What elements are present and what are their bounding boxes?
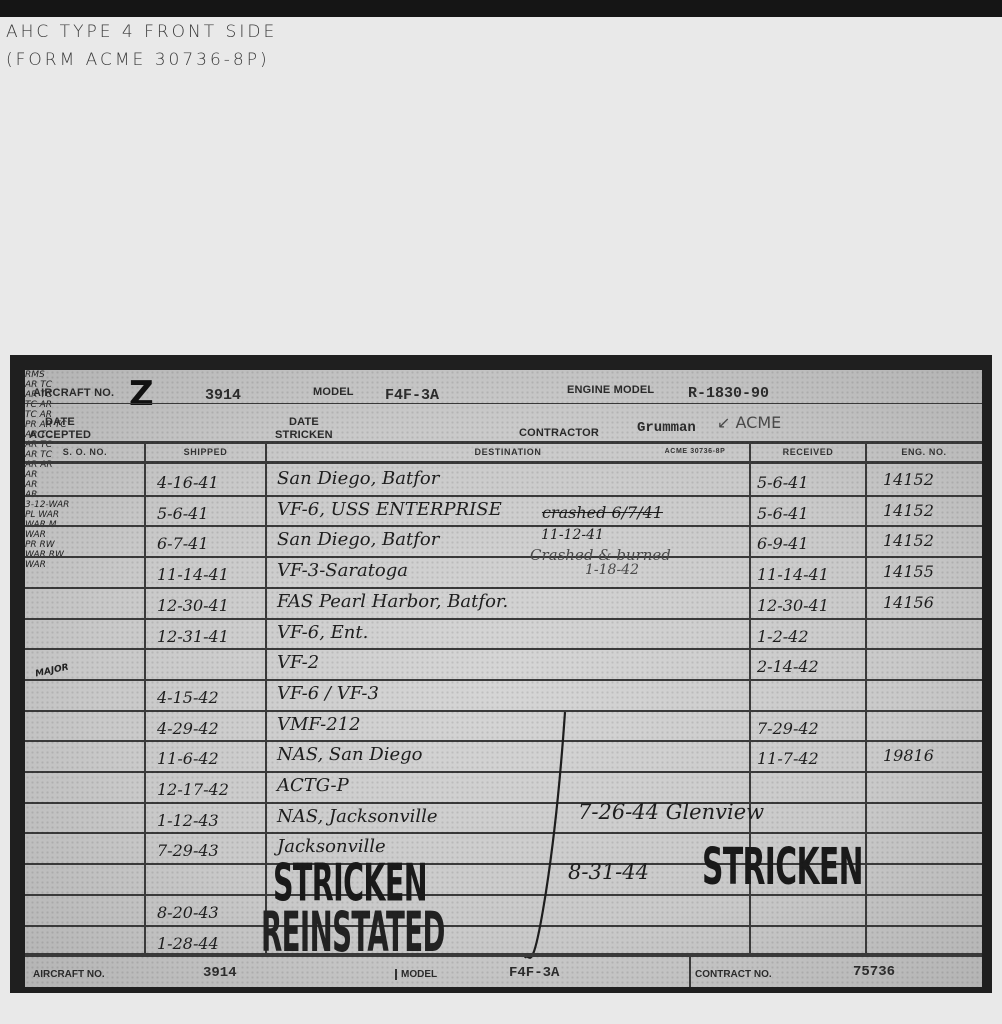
scan-note-line-2: (FORM ACME 30736-8P)	[6, 50, 270, 70]
eng-no: 14152	[883, 531, 934, 550]
scan-top-edge	[0, 0, 1002, 17]
received-date: 11-14-41	[757, 565, 829, 584]
aircraft-no-mark: Z	[129, 374, 154, 414]
col-header-so-no: S. O. NO.	[25, 447, 145, 459]
contractor-label: CONTRACTOR	[519, 427, 599, 439]
col-divider-2	[265, 441, 267, 957]
header-rule-3	[25, 461, 982, 464]
header-rule-1	[25, 403, 982, 404]
col-header-received: RECEIVED	[750, 447, 866, 459]
header-rule-2	[25, 441, 982, 444]
shipped-date: 12-30-41	[157, 596, 229, 615]
annotation-glenview: 7-26-44 Glenview	[578, 800, 764, 824]
destination: NAS, Jacksonville	[277, 806, 438, 827]
eng-no: 19816	[883, 746, 934, 765]
row-rule	[25, 771, 982, 773]
row-rule	[25, 802, 982, 804]
shipped-date: 4-29-42	[157, 719, 219, 738]
model-label: MODEL	[313, 386, 354, 398]
footer-contract-no-label: CONTRACT NO.	[695, 969, 772, 980]
date-accepted-label-2: ACCEPTED	[29, 429, 91, 441]
footer-model: F4F-3A	[509, 965, 559, 981]
row-rule	[25, 925, 982, 927]
shipped-date: 11-14-41	[157, 565, 229, 584]
date-stricken-label-1: DATE	[289, 416, 319, 428]
row-rule	[25, 556, 982, 558]
row-rule	[25, 740, 982, 742]
annotation-stricken-date: 8-31-44	[568, 860, 649, 884]
footer-contract-no: 75736	[853, 964, 895, 980]
model-value: F4F-3A	[385, 387, 439, 404]
shipped-date: 5-6-41	[157, 504, 209, 523]
eng-no: 14156	[883, 593, 934, 612]
col-divider-1	[144, 441, 146, 957]
row-rule	[25, 587, 982, 589]
annotation-date-1: 11-12-41	[541, 527, 604, 543]
destination: San Diego, Batfor	[277, 468, 439, 489]
row-rule	[25, 618, 982, 620]
received-date: 2-14-42	[757, 657, 819, 676]
col-divider-4	[865, 441, 867, 957]
col-header-eng-no: ENG. NO.	[866, 447, 982, 459]
footer-model-label: MODEL	[395, 969, 437, 980]
shipped-date: 6-7-41	[157, 534, 209, 553]
date-accepted-label-1: DATE	[45, 416, 75, 428]
received-date: 5-6-41	[757, 473, 809, 492]
received-date: 6-9-41	[757, 534, 809, 553]
aircraft-history-card: AIRCRAFT NO. Z 3914 MODEL F4F-3A ENGINE …	[25, 370, 982, 987]
col-header-form-code: ACME 30736-8P	[645, 448, 745, 460]
aircraft-no-label: AIRCRAFT NO.	[33, 387, 114, 399]
shipped-date: 1-12-43	[157, 811, 219, 830]
received-note: TC AR	[25, 400, 982, 410]
shipped-note: AR TC	[25, 430, 982, 440]
shipped-date: 4-16-41	[157, 473, 219, 492]
stamp-stricken-right: STRICKEN	[702, 842, 863, 892]
received-date: 12-30-41	[757, 596, 829, 615]
footer-aircraft-no: 3914	[203, 965, 237, 981]
shipped-note: TC AR	[25, 410, 982, 420]
destination: VMF-212	[277, 714, 361, 735]
scan-note-line-1: AHC TYPE 4 FRONT SIDE	[6, 22, 277, 42]
footer-rule	[25, 953, 982, 957]
eng-no: 14155	[883, 562, 934, 581]
shipped-note: RMS	[25, 370, 982, 380]
shipped-date: 11-6-42	[157, 749, 219, 768]
row-rule	[25, 525, 982, 527]
date-stricken-label-2: STRICKEN	[275, 429, 333, 441]
engine-model-value: R-1830-90	[688, 385, 769, 402]
shipped-note: AR TC	[25, 390, 982, 400]
annotation-crashed-1: crashed 6/7/41	[542, 503, 663, 522]
destination: San Diego, Batfor	[277, 529, 439, 550]
shipped-date: 4-15-42	[157, 688, 219, 707]
contractor-value: Grumman	[637, 420, 696, 436]
destination: VF-6, USS ENTERPRISE	[277, 499, 502, 520]
footer-aircraft-no-label: AIRCRAFT NO.	[33, 969, 105, 980]
shipped-date: 7-29-43	[157, 841, 219, 860]
destination: VF-3-Saratoga	[277, 560, 408, 581]
row-rule	[25, 832, 982, 834]
row-rule	[25, 710, 982, 712]
contractor-annotation: ↙ ACME	[717, 413, 781, 432]
destination: ACTG-P	[277, 775, 349, 796]
destination: VF-2	[277, 652, 319, 673]
col-header-shipped: SHIPPED	[145, 447, 266, 459]
received-date: 11-7-42	[757, 749, 819, 768]
aircraft-no-value: 3914	[205, 387, 241, 404]
received-note: AR TC	[25, 380, 982, 390]
eng-no: 14152	[883, 501, 934, 520]
annotation-date-2: 1-18-42	[585, 562, 639, 578]
shipped-date: 1-28-44	[157, 934, 219, 953]
shipped-date: 12-17-42	[157, 780, 229, 799]
received-note: PR AR TC	[25, 420, 982, 430]
pen-stroke	[515, 710, 575, 960]
destination: NAS, San Diego	[277, 744, 422, 765]
received-date: 1-2-42	[757, 627, 809, 646]
destination: VF-6 / VF-3	[277, 683, 379, 704]
footer-divider	[689, 957, 691, 987]
engine-model-label: ENGINE MODEL	[567, 384, 654, 396]
received-date: 7-29-42	[757, 719, 819, 738]
shipped-date: 8-20-43	[157, 903, 219, 922]
row-rule	[25, 495, 982, 497]
stamp-reinstated: REINSTATED	[261, 904, 445, 959]
row-rule	[25, 679, 982, 681]
